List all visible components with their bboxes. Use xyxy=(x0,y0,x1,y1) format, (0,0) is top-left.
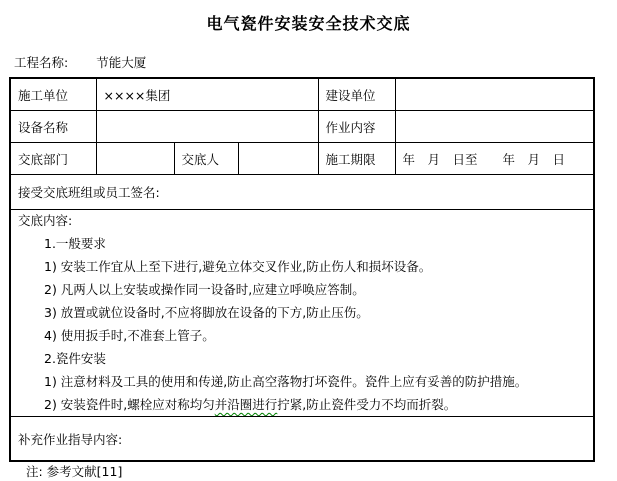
work-content-label-cell: 作业内容 xyxy=(318,111,395,143)
disclosure-content-header: 交底内容: xyxy=(18,210,591,232)
equipment-name-label-cell: 设备名称 xyxy=(10,111,96,143)
project-name-line: 工程名称:节能大厦 xyxy=(14,53,146,71)
table-row: 补充作业指导内容: xyxy=(10,417,594,462)
table-row: 接受交底班组或员工签名: xyxy=(10,175,594,210)
content-line: 3) 放置或就位设备时,不应将脚放在设备的下方,防止压伤。 xyxy=(18,301,591,324)
discloser-value-cell[interactable] xyxy=(238,143,318,175)
client-unit-value-cell[interactable] xyxy=(395,78,594,111)
construction-unit-value-cell[interactable]: ××××集团 xyxy=(96,78,318,111)
work-content-value-cell[interactable] xyxy=(395,111,594,143)
client-unit-label-cell: 建设单位 xyxy=(318,78,395,111)
safety-disclosure-table: 施工单位 ××××集团 建设单位 设备名称 作业内容 交底部门 交底人 施工期限… xyxy=(9,77,595,462)
discloser-label-cell: 交底人 xyxy=(174,143,238,175)
table-row: 设备名称 作业内容 xyxy=(10,111,594,143)
construction-unit-label-cell: 施工单位 xyxy=(10,78,96,111)
table-row: 施工单位 ××××集团 建设单位 xyxy=(10,78,594,111)
content-line: 1) 注意材料及工具的使用和传递,防止高空落物打坏瓷件。瓷件上应有妥善的防护措施… xyxy=(18,370,591,393)
disclosure-content-lines: 1.一般要求1) 安装工作宜从上至下进行,避免立体交叉作业,防止伤人和损坏设备。… xyxy=(18,232,591,416)
disclosure-dept-value-cell[interactable] xyxy=(96,143,174,175)
supplement-row-cell[interactable]: 补充作业指导内容: xyxy=(10,417,594,462)
footnote-reference: 注: 参考文献[11] xyxy=(26,462,122,480)
project-name-label: 工程名称: xyxy=(14,55,68,70)
project-name-value[interactable]: 节能大厦 xyxy=(96,55,146,70)
equipment-name-value-cell[interactable] xyxy=(96,111,318,143)
content-line: 2) 安装瓷件时,螺栓应对称均匀并沿圈进行拧紧,防止瓷件受力不均而折裂。 xyxy=(18,393,591,416)
signature-row-cell[interactable]: 接受交底班组或员工签名: xyxy=(10,175,594,210)
spellcheck-wavy-text: 并沿圈进行 xyxy=(215,397,278,412)
table-row: 交底内容: 1.一般要求1) 安装工作宜从上至下进行,避免立体交叉作业,防止伤人… xyxy=(10,210,594,417)
disclosure-dept-label-cell: 交底部门 xyxy=(10,143,96,175)
construction-period-label-cell: 施工期限 xyxy=(318,143,395,175)
document-page: 电气瓷件安装安全技术交底 工程名称:节能大厦 施工单位 ××××集团 建设单位 … xyxy=(0,0,617,481)
content-line: 1) 安装工作宜从上至下进行,避免立体交叉作业,防止伤人和损坏设备。 xyxy=(18,255,591,278)
page-title: 电气瓷件安装安全技术交底 xyxy=(0,11,617,34)
content-line: 1.一般要求 xyxy=(18,232,591,255)
content-line: 2) 凡两人以上安装或操作同一设备时,应建立呼唤应答制。 xyxy=(18,278,591,301)
content-line: 2.瓷件安装 xyxy=(18,347,591,370)
construction-period-value-cell[interactable]: 年 月 日至 年 月 日 xyxy=(395,143,594,175)
content-line: 4) 使用扳手时,不准套上管子。 xyxy=(18,324,591,347)
table-row: 交底部门 交底人 施工期限 年 月 日至 年 月 日 xyxy=(10,143,594,175)
disclosure-content-cell: 交底内容: 1.一般要求1) 安装工作宜从上至下进行,避免立体交叉作业,防止伤人… xyxy=(10,210,594,417)
